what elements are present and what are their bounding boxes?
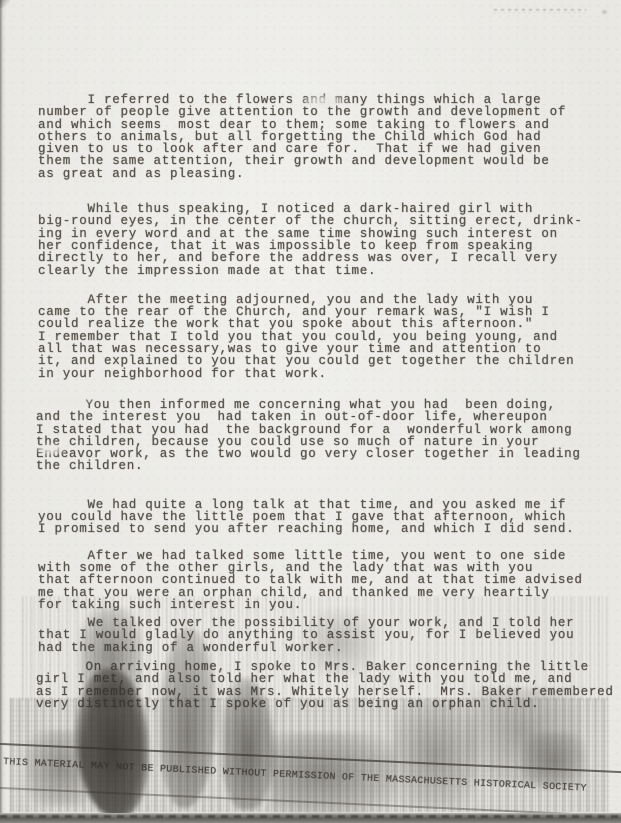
scan-edge-band [0, 813, 621, 823]
scanned-letter-page: I referred to the flowers and many thing… [0, 0, 621, 823]
faint-pencil-dot [601, 9, 608, 15]
faded-ink-patch [34, 443, 68, 456]
paragraph: We talked over the possibility of your w… [38, 617, 613, 654]
restriction-stamp: THIS MATERIAL MAY NOT BE PUBLISHED WITHO… [0, 742, 621, 818]
letter-body: I referred to the flowers and many thing… [38, 94, 613, 710]
faded-ink-patch [298, 94, 350, 108]
paragraph: While thus speaking, I noticed a dark-ha… [38, 203, 613, 277]
paragraph: You then informed me concerning what you… [36, 399, 613, 473]
faded-ink-patch [30, 395, 100, 407]
restriction-stamp-text: THIS MATERIAL MAY NOT BE PUBLISHED WITHO… [0, 744, 621, 797]
paragraph: We had quite a long talk at that time, a… [38, 499, 613, 536]
faint-pencil-marks [494, 8, 586, 14]
paragraph: After the meeting adjourned, you and the… [38, 294, 613, 380]
paragraph: On arriving home, I spoke to Mrs. Baker … [36, 661, 613, 710]
scan-left-edge-shadow [0, 0, 3, 823]
paragraph: After we had talked some little time, yo… [38, 550, 613, 611]
